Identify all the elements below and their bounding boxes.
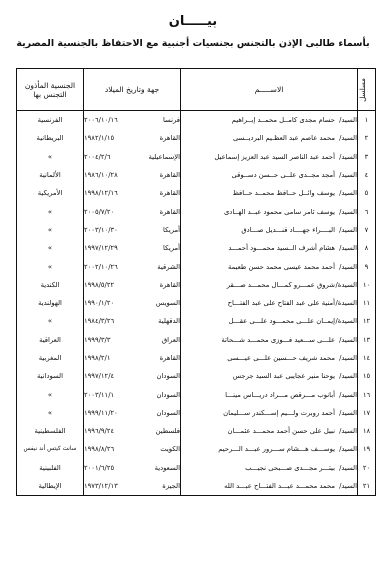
row-birth-place: فلسطين bbox=[156, 427, 180, 435]
table-row: ١٧السيد/أحمد روبرت ولـــيم إســـكندر ســ… bbox=[17, 404, 376, 422]
row-full-name: يوحنا منير عجايبى عبد السيد جرجس bbox=[233, 372, 335, 380]
row-serial: ٣ bbox=[358, 148, 376, 166]
row-birth-cell: الشرقية٢٠٠٢/١٠/٢٦ bbox=[84, 257, 181, 275]
row-name-cell: السيد/علـــى ســـعيد فـــوزى محمـــد شــ… bbox=[181, 331, 358, 349]
row-birth-cell: السويس١٩٩٠/١/٢٠ bbox=[84, 294, 181, 312]
row-birth-place: العراق bbox=[162, 336, 180, 344]
row-full-name: شروق عمـــرو كمـــال محمـــد صـــقر bbox=[227, 281, 335, 289]
row-birth-date: ١٩٩٩/٣/٣ bbox=[84, 336, 110, 344]
row-full-name: يوسف وائــل حــافظ محمــد حــافظ bbox=[233, 189, 335, 197]
row-birth-cell: السودان٢٠٠٣/١١/١ bbox=[84, 385, 181, 403]
row-birth-date: ١٩٩٩/١١/٢٠ bbox=[84, 409, 118, 417]
row-title-prefix: السيد/ bbox=[335, 445, 357, 453]
row-serial: ٤ bbox=[358, 166, 376, 184]
row-name-cell: السيد/محمد شريف حـــسين علـــى عيـــسى bbox=[181, 349, 358, 367]
row-title-prefix: السيد/ bbox=[335, 226, 357, 234]
row-name-cell: السيدة/شروق عمـــرو كمـــال محمـــد صـــ… bbox=[181, 276, 358, 294]
table-row: ١٠السيدة/شروق عمـــرو كمـــال محمـــد صـ… bbox=[17, 276, 376, 294]
row-birth-date: ٢٠٠٥/٧/٢٠ bbox=[84, 208, 114, 216]
row-nationality: » bbox=[17, 239, 84, 257]
row-birth-cell: الكويت١٩٩٨/٨/٢٦ bbox=[84, 440, 181, 458]
row-name-cell: السيد/البــــراء جهــــاد قنـــديل صـــا… bbox=[181, 221, 358, 239]
row-birth-place: الدقهلية bbox=[158, 317, 180, 325]
row-birth-cell: القاهرة١٩٩٨/١٢/١٦ bbox=[84, 184, 181, 202]
row-birth-place: الإسماعيلية bbox=[148, 153, 180, 161]
row-birth-place: السودان bbox=[157, 409, 180, 417]
row-serial: ١٦ bbox=[358, 385, 376, 403]
row-birth-cell: فرنسا٢٠٠٦/١٠/١٦ bbox=[84, 111, 181, 130]
table-row: ٩السيد/أحمد محمد عيسى محمد حسن طعيمةالشر… bbox=[17, 257, 376, 275]
row-birth-place: الجيزة bbox=[162, 482, 180, 490]
row-serial: ١٩ bbox=[358, 440, 376, 458]
row-title-prefix: السيد/ bbox=[335, 391, 357, 399]
row-nationality: الفرنسية bbox=[17, 111, 84, 130]
row-birth-cell: القاهرة٢٠٠٥/٧/٢٠ bbox=[84, 202, 181, 220]
row-full-name: أمنية على عبد الفتاح على عبد الفتـــاح bbox=[228, 299, 335, 307]
row-birth-date: ٢٠٠٣/١١/١ bbox=[84, 391, 114, 399]
header-nationality: الجنسية المأذون التجنس بها bbox=[17, 69, 84, 111]
row-serial: ١٨ bbox=[358, 422, 376, 440]
row-full-name: نبيل على حسن أحمد محمـــد عثمـــان bbox=[227, 427, 335, 435]
row-birth-cell: العراق١٩٩٩/٣/٣ bbox=[84, 331, 181, 349]
row-title-prefix: السيد/ bbox=[335, 244, 357, 252]
row-nationality: الفلسطينية bbox=[17, 422, 84, 440]
row-full-name: هشام أشرف الــسيد محمـــود أحمـــد bbox=[228, 244, 335, 252]
document-title: بيـــــان bbox=[0, 14, 386, 29]
row-birth-cell: القاهرة١٩٩٨/٢/١ bbox=[84, 349, 181, 367]
row-serial: ٧ bbox=[358, 221, 376, 239]
row-nationality: » bbox=[17, 257, 84, 275]
row-name-cell: السيد/أحمد محمد عيسى محمد حسن طعيمة bbox=[181, 257, 358, 275]
row-full-name: محمد شريف حـــسين علـــى عيـــسى bbox=[227, 354, 335, 362]
row-name-cell: السيد/أمجد مجــدى علــى حــسن دســوقى bbox=[181, 166, 358, 184]
table-row: ٢١السيد/محمد محمـــد عبـــد الفتـــاح عب… bbox=[17, 477, 376, 496]
row-serial: ٩ bbox=[358, 257, 376, 275]
row-title-prefix: السيد/ bbox=[335, 171, 357, 179]
table-row: ٣السيد/أحمد عبد الناصر السيد عبد العزيز … bbox=[17, 148, 376, 166]
table-row: ٦السيد/يوسف ثامر سامى محمود عبــد الهــا… bbox=[17, 202, 376, 220]
row-name-cell: السيدة/إيمــان علـــى محمـــود علـــى عق… bbox=[181, 312, 358, 330]
row-title-prefix: السيدة/ bbox=[335, 281, 357, 289]
row-birth-cell: الدقهلية١٩٨٤/٣/٢٦ bbox=[84, 312, 181, 330]
table-row: ٢٠السيد/بيتـــر مجـــدى صـــبحى نجيـــبا… bbox=[17, 459, 376, 477]
row-full-name: أحمد محمد عيسى محمد حسن طعيمة bbox=[228, 263, 335, 271]
row-serial: ٥ bbox=[358, 184, 376, 202]
row-nationality: الأمريكية bbox=[17, 184, 84, 202]
row-full-name: أحمد عبد الناصر السيد عبد العزيز إسماعيل bbox=[214, 153, 335, 161]
row-name-cell: السيد/أبانوب مـــرقص مـــراد دريـــاس مي… bbox=[181, 385, 358, 403]
row-title-prefix: السيدة/ bbox=[335, 317, 357, 325]
row-name-cell: السيد/يوحنا منير عجايبى عبد السيد جرجس bbox=[181, 367, 358, 385]
row-nationality: » bbox=[17, 221, 84, 239]
document-subtitle: بأسماء طالبى الإذن بالتجنس بجنسيات أجنبي… bbox=[0, 38, 386, 49]
row-name-cell: السيد/أحمد عبد الناصر السيد عبد العزيز إ… bbox=[181, 148, 358, 166]
row-birth-place: الشرقية bbox=[157, 263, 180, 271]
row-birth-cell: السودان١٩٩٧/١٢/٤ bbox=[84, 367, 181, 385]
row-birth-date: ١٩٧٣/١٢/١٣ bbox=[84, 482, 118, 490]
table-header-row: مسلسل الاســـــم جهة وتاريخ الميلاد الجن… bbox=[17, 69, 376, 111]
row-serial: ١ bbox=[358, 111, 376, 130]
row-serial: ١٧ bbox=[358, 404, 376, 422]
row-birth-date: ٢٠٠٤/٢/٦ bbox=[84, 153, 110, 161]
row-serial: ٨ bbox=[358, 239, 376, 257]
row-birth-date: ٢٠٠١/٦/٢٥ bbox=[84, 464, 114, 472]
row-birth-place: القاهرة bbox=[160, 134, 180, 142]
row-birth-place: أمريكا bbox=[163, 226, 180, 234]
row-birth-cell: السودان١٩٩٩/١١/٢٠ bbox=[84, 404, 181, 422]
table-row: ٤السيد/أمجد مجــدى علــى حــسن دســوقىال… bbox=[17, 166, 376, 184]
row-nationality: الهولندية bbox=[17, 294, 84, 312]
row-birth-date: ٢٠٠٢/١٠/٢٦ bbox=[84, 263, 118, 271]
row-birth-cell: أمريكا١٩٩٧/١٢/٢٩ bbox=[84, 239, 181, 257]
row-full-name: يوسف ثامر سامى محمود عبــد الهــادى bbox=[224, 208, 335, 216]
row-serial: ١٤ bbox=[358, 349, 376, 367]
row-birth-cell: القاهرة١٩٨٦/١٠/٢٨ bbox=[84, 166, 181, 184]
row-nationality: » bbox=[17, 404, 84, 422]
table-row: ٨السيد/هشام أشرف الــسيد محمـــود أحمـــ… bbox=[17, 239, 376, 257]
table-row: ١١السيدة/أمنية على عبد الفتاح على عبد ال… bbox=[17, 294, 376, 312]
row-title-prefix: السيد/ bbox=[335, 116, 357, 124]
table-row: ١٢السيدة/إيمــان علـــى محمـــود علـــى … bbox=[17, 312, 376, 330]
row-birth-place: القاهرة bbox=[160, 189, 180, 197]
row-nationality: » bbox=[17, 202, 84, 220]
row-title-prefix: السيد/ bbox=[335, 409, 357, 417]
row-nationality: السودانية bbox=[17, 367, 84, 385]
row-full-name: محمد محمـــد عبـــد الفتـــاح عبـــد الل… bbox=[224, 482, 335, 490]
row-nationality: الكندية bbox=[17, 276, 84, 294]
row-birth-cell: أمريكا٢٠٠٣/١٠/٣٠ bbox=[84, 221, 181, 239]
row-birth-date: ١٩٩٨/٥/٢٢ bbox=[84, 281, 114, 289]
row-name-cell: السيد/محمد عاصم عبد العظـيم البرديــسى bbox=[181, 129, 358, 147]
row-nationality: » bbox=[17, 148, 84, 166]
row-name-cell: السيد/نبيل على حسن أحمد محمـــد عثمـــان bbox=[181, 422, 358, 440]
row-name-cell: السيد/محمد محمـــد عبـــد الفتـــاح عبــ… bbox=[181, 477, 358, 496]
row-nationality: الألمانية bbox=[17, 166, 84, 184]
table-row: ٢السيد/محمد عاصم عبد العظـيم البرديــسىا… bbox=[17, 129, 376, 147]
row-birth-cell: السعودية٢٠٠١/٦/٢٥ bbox=[84, 459, 181, 477]
row-birth-place: القاهرة bbox=[160, 354, 180, 362]
row-birth-cell: فلسطين١٩٩٦/٩/٢٤ bbox=[84, 422, 181, 440]
row-nationality: الفلبينية bbox=[17, 459, 84, 477]
row-full-name: بيتـــر مجـــدى صـــبحى نجيـــب bbox=[245, 464, 335, 472]
table-row: ١السيد/حسام مجدى كامــل محمــد إبــراهيم… bbox=[17, 111, 376, 130]
row-birth-place: السويس bbox=[156, 299, 180, 307]
row-birth-date: ١٩٨٢/١/١٥ bbox=[84, 134, 114, 142]
table-row: ٧السيد/البــــراء جهــــاد قنـــديل صـــ… bbox=[17, 221, 376, 239]
row-title-prefix: السيد/ bbox=[335, 464, 357, 472]
row-serial: ٢٠ bbox=[358, 459, 376, 477]
row-name-cell: السيد/يوســـف هـــشام ســـرور عبـــد الـ… bbox=[181, 440, 358, 458]
row-birth-date: ٢٠٠٣/١٠/٣٠ bbox=[84, 226, 118, 234]
row-serial: ١١ bbox=[358, 294, 376, 312]
row-nationality: البريطانية bbox=[17, 129, 84, 147]
row-birth-date: ١٩٨٦/١٠/٢٨ bbox=[84, 171, 118, 179]
row-name-cell: السيد/بيتـــر مجـــدى صـــبحى نجيـــب bbox=[181, 459, 358, 477]
row-full-name: أبانوب مـــرقص مـــراد دريـــاس مينـــا bbox=[225, 391, 335, 399]
row-title-prefix: السيد/ bbox=[335, 482, 357, 490]
row-title-prefix: السيدة/ bbox=[335, 299, 357, 307]
header-name: الاســـــم bbox=[181, 69, 358, 111]
row-nationality: المغربية bbox=[17, 349, 84, 367]
row-full-name: محمد عاصم عبد العظـيم البرديــسى bbox=[233, 134, 335, 142]
table-row: ١٩السيد/يوســـف هـــشام ســـرور عبـــد ا… bbox=[17, 440, 376, 458]
row-nationality: سانت كيتس أند نيفس bbox=[17, 440, 84, 458]
row-name-cell: السيدة/أمنية على عبد الفتاح على عبد الفت… bbox=[181, 294, 358, 312]
row-nationality: الإيطالية bbox=[17, 477, 84, 496]
row-birth-date: ١٩٩٨/٢/١ bbox=[84, 354, 110, 362]
row-full-name: حسام مجدى كامــل محمــد إبــراهيم bbox=[232, 116, 335, 124]
row-birth-date: ١٩٩٧/١٢/٢٩ bbox=[84, 244, 118, 252]
table-row: ١٨السيد/نبيل على حسن أحمد محمـــد عثمـــ… bbox=[17, 422, 376, 440]
row-name-cell: السيد/حسام مجدى كامــل محمــد إبــراهيم bbox=[181, 111, 358, 130]
row-full-name: أمجد مجــدى علــى حــسن دســوقى bbox=[231, 171, 335, 179]
row-birth-place: القاهرة bbox=[160, 208, 180, 216]
row-name-cell: السيد/أحمد روبرت ولـــيم إســـكندر ســـل… bbox=[181, 404, 358, 422]
row-birth-place: السعودية bbox=[155, 464, 180, 472]
row-birth-place: أمريكا bbox=[163, 244, 180, 252]
row-full-name: أحمد روبرت ولـــيم إســـكندر ســـليمان bbox=[223, 409, 335, 417]
row-birth-place: القاهرة bbox=[160, 171, 180, 179]
row-full-name: البــــراء جهــــاد قنـــديل صـــادق bbox=[241, 226, 335, 234]
row-birth-cell: الإسماعيلية٢٠٠٤/٢/٦ bbox=[84, 148, 181, 166]
table-row: ١٦السيد/أبانوب مـــرقص مـــراد دريـــاس … bbox=[17, 385, 376, 403]
row-full-name: يوســـف هـــشام ســـرور عبـــد الـــرحيم bbox=[218, 445, 335, 453]
row-serial: ١٢ bbox=[358, 312, 376, 330]
row-birth-date: ١٩٩٠/١/٢٠ bbox=[84, 299, 114, 307]
table-row: ٥السيد/يوسف وائــل حــافظ محمــد حــافظا… bbox=[17, 184, 376, 202]
row-title-prefix: السيد/ bbox=[335, 336, 357, 344]
row-birth-place: القاهرة bbox=[160, 281, 180, 289]
row-birth-date: ٢٠٠٦/١٠/١٦ bbox=[84, 116, 118, 124]
row-serial: ٦ bbox=[358, 202, 376, 220]
header-serial: مسلسل bbox=[358, 69, 376, 111]
row-nationality: » bbox=[17, 385, 84, 403]
row-title-prefix: السيد/ bbox=[335, 153, 357, 161]
row-birth-cell: الجيزة١٩٧٣/١٢/١٣ bbox=[84, 477, 181, 496]
row-title-prefix: السيد/ bbox=[335, 354, 357, 362]
row-serial: ١٠ bbox=[358, 276, 376, 294]
table-row: ١٣السيد/علـــى ســـعيد فـــوزى محمـــد ش… bbox=[17, 331, 376, 349]
row-name-cell: السيد/هشام أشرف الــسيد محمـــود أحمـــد bbox=[181, 239, 358, 257]
row-birth-place: الكويت bbox=[160, 445, 180, 453]
row-title-prefix: السيد/ bbox=[335, 263, 357, 271]
row-birth-date: ١٩٩٨/٨/٢٦ bbox=[84, 445, 114, 453]
row-birth-cell: القاهرة١٩٨٢/١/١٥ bbox=[84, 129, 181, 147]
row-title-prefix: السيد/ bbox=[335, 427, 357, 435]
row-birth-place: فرنسا bbox=[163, 116, 180, 124]
row-birth-place: السودان bbox=[157, 391, 180, 399]
row-birth-date: ١٩٩٧/١٢/٤ bbox=[84, 372, 114, 380]
row-full-name: إيمــان علـــى محمـــود علـــى عقـــل bbox=[229, 317, 335, 325]
row-serial: ٢ bbox=[358, 129, 376, 147]
row-nationality: العراقية bbox=[17, 331, 84, 349]
table-row: ١٥السيد/يوحنا منير عجايبى عبد السيد جرجس… bbox=[17, 367, 376, 385]
row-serial: ٢١ bbox=[358, 477, 376, 496]
header-birth: جهة وتاريخ الميلاد bbox=[84, 69, 181, 111]
row-title-prefix: السيد/ bbox=[335, 372, 357, 380]
row-birth-date: ١٩٩٦/٩/٢٤ bbox=[84, 427, 114, 435]
row-nationality: » bbox=[17, 312, 84, 330]
row-birth-date: ١٩٩٨/١٢/١٦ bbox=[84, 189, 118, 197]
row-serial: ١٣ bbox=[358, 331, 376, 349]
row-title-prefix: السيد/ bbox=[335, 134, 357, 142]
table-row: ١٤السيد/محمد شريف حـــسين علـــى عيـــسى… bbox=[17, 349, 376, 367]
table-body: ١السيد/حسام مجدى كامــل محمــد إبــراهيم… bbox=[17, 111, 376, 496]
row-title-prefix: السيد/ bbox=[335, 189, 357, 197]
row-birth-date: ١٩٨٤/٣/٢٦ bbox=[84, 317, 114, 325]
applicants-table: مسلسل الاســـــم جهة وتاريخ الميلاد الجن… bbox=[16, 68, 376, 496]
row-birth-cell: القاهرة١٩٩٨/٥/٢٢ bbox=[84, 276, 181, 294]
row-title-prefix: السيد/ bbox=[335, 208, 357, 216]
row-name-cell: السيد/يوسف ثامر سامى محمود عبــد الهــاد… bbox=[181, 202, 358, 220]
row-serial: ١٥ bbox=[358, 367, 376, 385]
row-full-name: علـــى ســـعيد فـــوزى محمـــد شـــحاتة bbox=[221, 336, 335, 344]
row-birth-place: السودان bbox=[157, 372, 180, 380]
row-name-cell: السيد/يوسف وائــل حــافظ محمــد حــافظ bbox=[181, 184, 358, 202]
